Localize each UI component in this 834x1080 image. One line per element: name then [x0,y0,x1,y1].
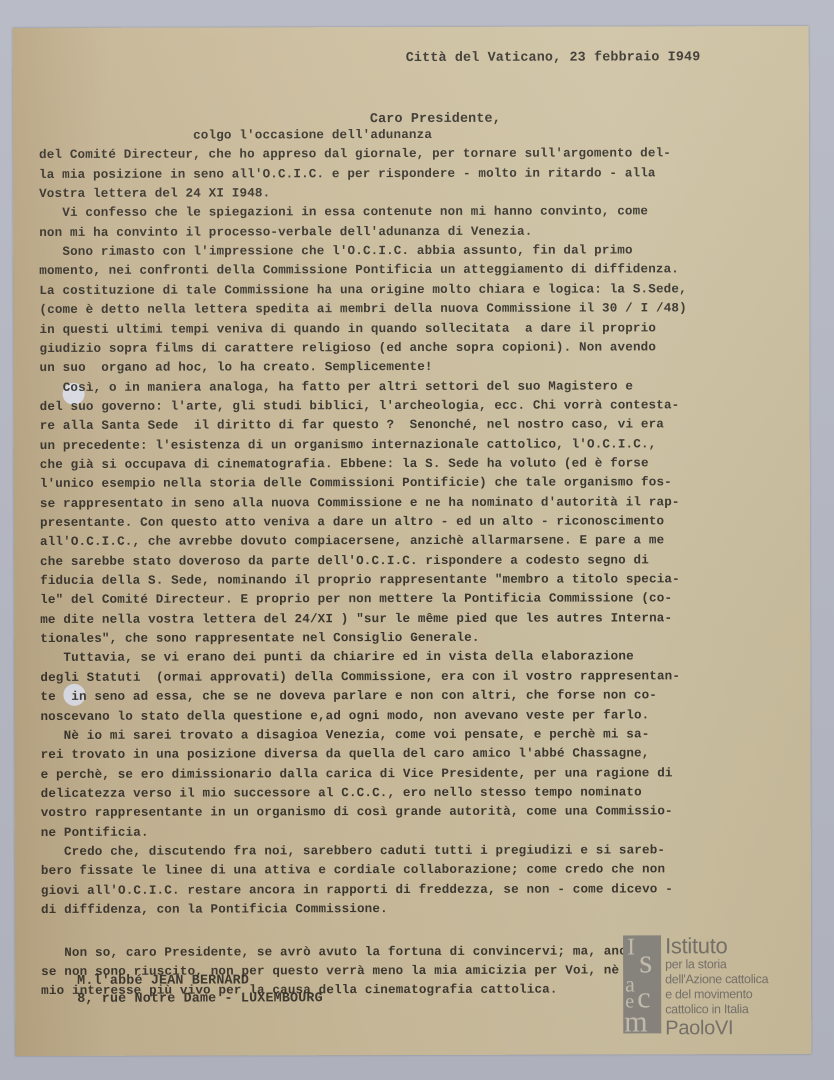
letter-line: tionales", che sono rappresentate nel Co… [40,631,479,646]
letter-line: Tuttavia, se vi erano dei punti da chiar… [40,650,634,666]
letter-line: me dite nella vostra lettera del 24/XI )… [40,611,672,627]
letter-line: del Comité Directeur, che ho appreso dal… [39,147,671,163]
letter-line: che già si occupava di cinematografia. E… [40,456,649,472]
letter-line: fiducia della S. Sede, nominando il prop… [40,572,680,588]
letter-line: Così, o in maniera analoga, ha fatto per… [40,379,634,395]
archive-watermark-logo: I s a e c m Istituto per la storia dell'… [623,935,793,1037]
letter-line: colgo l'occasione dell'adunanza [39,128,432,143]
letter-line: La costituzione di tale Commissione ha u… [39,282,686,298]
mark-letter: s [639,945,652,979]
letter-line: noscevano lo stato della questione e,ad … [40,708,649,724]
watermark-line: Istituto [665,935,768,957]
watermark-line: PaoloVI [665,1017,768,1039]
salutation: Caro Presidente, [370,112,501,127]
letter-line: re alla Santa Sede il diritto di far que… [40,418,664,434]
letter-line: Vi confesso che le spiegazioni in essa c… [39,205,648,221]
watermark-line: e del movimento [665,987,768,1002]
letter-line: te in seno ad essa, che se ne doveva par… [40,688,657,704]
date-line: Città del Vaticano, 23 febbraio I949 [406,50,701,66]
letter-line: ne Pontificia. [41,825,149,839]
letter-line: le" del Comité Directeur. E proprio per … [40,592,672,608]
letter-line: vostro rappresentante in un organismo di… [41,805,673,821]
watermark-text: Istituto per la storia dell'Azione catto… [665,935,768,1039]
letter-body: colgo l'occasione dell'adunanzadel Comit… [13,26,809,28]
letter-line: Credo che, discutendo fra noi, sarebbero… [41,843,665,859]
letter-page: Città del Vaticano, 23 febbraio I949 Car… [13,26,812,1056]
letter-line: giudizio sopra films di carattere religi… [39,340,656,356]
letter-line: Vostra lettera del 24 XI I948. [39,186,270,201]
letter-line: bero fissate le linee di una attiva e co… [41,863,665,879]
mark-letter: m [624,1007,647,1037]
letter-line: l'unico esempio nella storia delle Commi… [40,476,672,492]
letter-line: rei trovato in una posizione diversa da … [41,747,650,763]
letter-line: in questi ultimi tempi veniva di quando … [39,321,656,337]
letter-line: degli Statuti (ormai approvati) della Co… [40,669,680,685]
letter-line: Sono rimasto con l'impressione che l'O.C… [39,244,633,260]
letter-line: delicatezza verso il mio successore al C… [41,785,642,801]
letter-line: un suo organo ad hoc, lo ha creato. Semp… [40,360,433,375]
watermark-line: cattolico in Italia [665,1002,768,1017]
addressee-name: M.l'abbé JEAN BERNARD [77,973,249,988]
letter-line: (come è detto nella lettera spedita ai m… [39,301,686,317]
letter-line: e perchè, se ero dimissionario dalla car… [41,766,673,782]
letter-line: di diffidenza, con la Pontificia Commiss… [41,902,388,917]
letter-line: presentante. Con questo atto veniva a da… [40,514,664,530]
letter-line: Nè io mi sarei trovato a disagioa Venezi… [40,727,649,743]
mark-letter: I [627,935,635,959]
watermark-line: per la storia [665,957,768,972]
isacem-mark: I s a e c m [623,935,661,1033]
letter-line: un precedente: l'esistenza di un organis… [40,437,657,453]
letter-line: giovi all'O.C.I.C. restare ancora in rap… [41,882,673,898]
letter-line: Non so, caro Presidente, se avrò avuto l… [41,944,642,960]
letter-line: momento, nei confronti della Commissione… [39,263,679,279]
watermark-line: dell'Azione cattolica [665,972,768,987]
letter-line: del suo governo: l'arte, gli studi bibli… [40,398,680,414]
addressee-address: 8, rue Notre Dame - LUXEMBOURG [77,991,323,1007]
letter-line: la mia posizione in seno all'O.C.I.C. e … [39,166,656,182]
letter-line: all'O.C.I.C., che avrebbe dovuto compiac… [40,534,664,550]
letter-line: se rappresentato in seno alla nuova Comm… [40,495,680,511]
letter-line: che sarebbe stato doveroso da parte dell… [40,553,649,569]
letter-line: non mi ha convinto il processo-verbale d… [39,224,532,239]
